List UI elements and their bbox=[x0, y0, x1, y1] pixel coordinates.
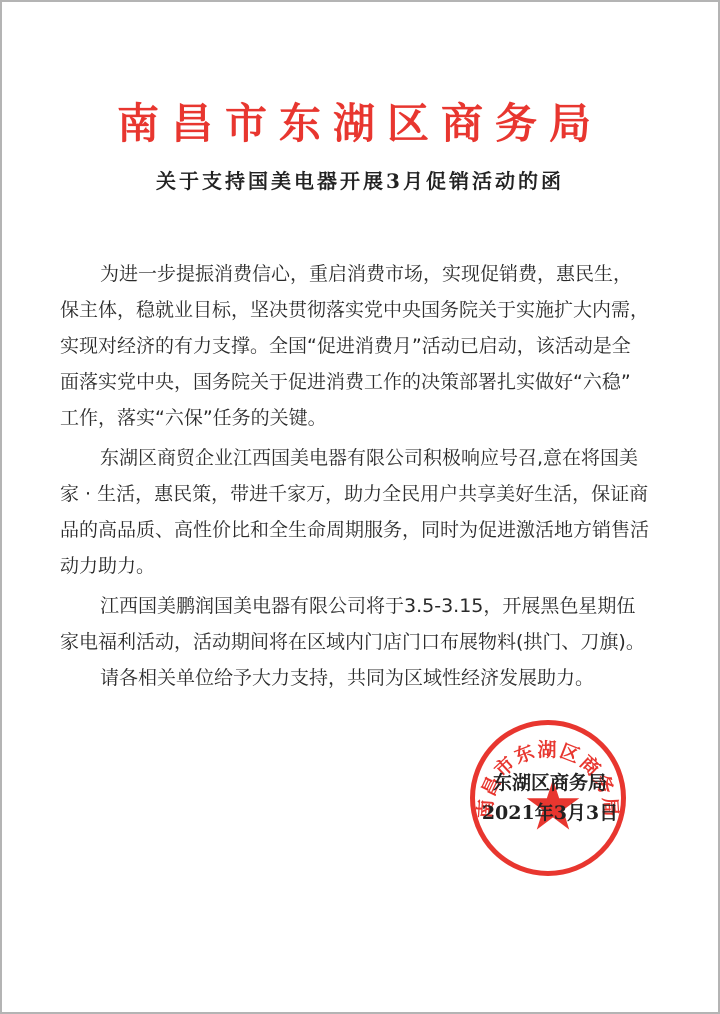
body-line: 工作，落实“六保”任务的关键。 bbox=[60, 400, 660, 436]
body-line: 面落实党中央，国务院关于促进消费工作的决策部署扎实做好“六稳” bbox=[60, 364, 660, 400]
body-line: 实现对经济的有力支撑。全国“促进消费月”活动已启动，该活动是全 bbox=[60, 328, 660, 364]
body-line: 品的高品质、高性价比和全生命周期服务，同时为促进激活地方销售活 bbox=[60, 512, 660, 548]
body-line: 江西国美鹏润国美电器有限公司将于3.5-3.15，开展黑色星期伍 bbox=[60, 588, 660, 624]
signature-date: 2021年3月3日 bbox=[480, 798, 620, 828]
body-line: 为进一步提振消费信心，重启消费市场，实现促销费，惠民生， bbox=[60, 256, 660, 292]
body-line: 家电福利活动，活动期间将在区域内门店门口布展物料(拱门、刀旗)。 bbox=[60, 624, 660, 660]
body-line: 请各相关单位给予大力支持，共同为区域性经济发展助力。 bbox=[60, 660, 660, 696]
body-line: 动力助力。 bbox=[60, 548, 660, 584]
page-title: 南昌市东湖区商务局 bbox=[0, 96, 720, 152]
body-line: 家 · 生活，惠民策，带进千家万，助力全民用户共享美好生活，保证商 bbox=[60, 476, 660, 512]
signature-org: 东湖区商务局 bbox=[480, 768, 620, 798]
body-line: 保主体，稳就业目标，坚决贯彻落实党中央国务院关于实施扩大内需， bbox=[60, 292, 660, 328]
document-body: 为进一步提振消费信心，重启消费市场，实现促销费，惠民生， 保主体，稳就业目标，坚… bbox=[60, 256, 660, 696]
document-subtitle: 关于支持国美电器开展3月促销活动的函 bbox=[0, 166, 720, 196]
body-line: 东湖区商贸企业江西国美电器有限公司积极响应号召,意在将国美 bbox=[60, 440, 660, 476]
signature-block: 东湖区商务局 2021年3月3日 bbox=[480, 768, 620, 828]
